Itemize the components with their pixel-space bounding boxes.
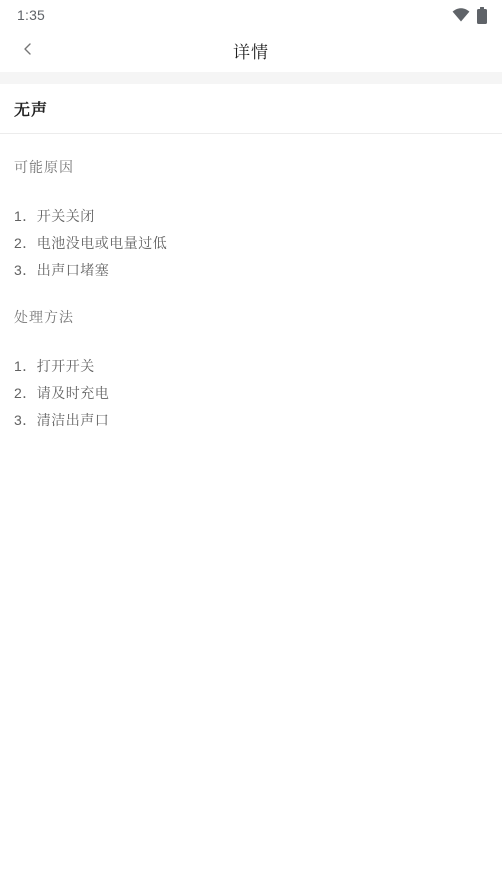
page-title: 详情 [233, 38, 269, 63]
section-label-causes: 可能原因 [14, 157, 488, 177]
status-time: 1:35 [17, 5, 45, 23]
status-icons [452, 5, 487, 24]
list-item: 2．请及时充电 [14, 380, 488, 407]
list-item: 1．开关关闭 [14, 203, 488, 230]
back-button[interactable] [8, 28, 48, 72]
battery-icon [477, 7, 487, 24]
causes-list: 1．开关关闭 2．电池没电或电量过低 3．出声口堵塞 [14, 203, 488, 284]
wifi-icon [452, 8, 470, 22]
list-item: 1．打开开关 [14, 353, 488, 380]
list-item: 3．清洁出声口 [14, 407, 488, 434]
nav-bar: 详情 [0, 28, 502, 72]
list-item: 2．电池没电或电量过低 [14, 230, 488, 257]
section-label-solutions: 处理方法 [14, 307, 488, 327]
status-bar: 1:35 [0, 0, 502, 28]
separator-band [0, 72, 502, 84]
chevron-left-icon [21, 42, 35, 59]
detail-content: 可能原因 1．开关关闭 2．电池没电或电量过低 3．出声口堵塞 处理方法 1．打… [0, 157, 502, 434]
solutions-list: 1．打开开关 2．请及时充电 3．清洁出声口 [14, 353, 488, 434]
fault-title: 无声 [0, 84, 502, 134]
list-item: 3．出声口堵塞 [14, 257, 488, 284]
